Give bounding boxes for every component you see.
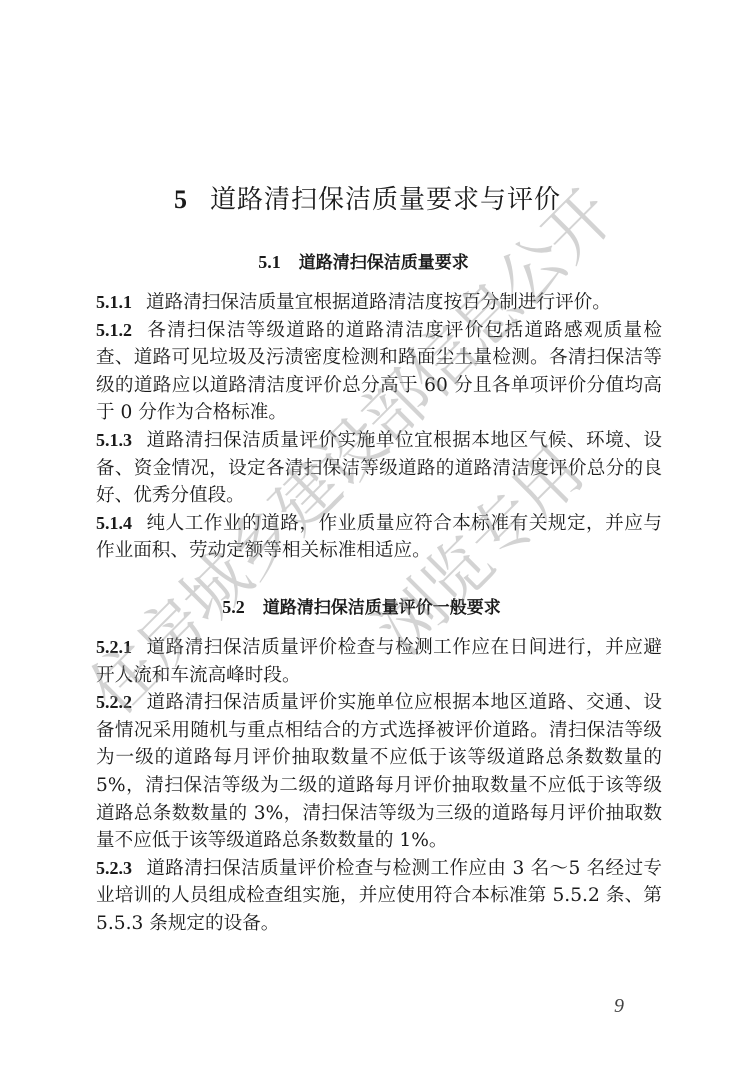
chapter-title-text: 道路清扫保洁质量要求与评价 bbox=[210, 185, 561, 215]
section-title-5-1: 5.1道路清扫保洁质量要求 bbox=[0, 250, 731, 275]
section-5-2-body: 5.2.1道路清扫保洁质量评价检查与检测工作应在日间进行，并应避开人流和车流高峰… bbox=[96, 634, 662, 938]
page-number: 9 bbox=[614, 995, 624, 1018]
clause-5-1-3: 5.1.3道路清扫保洁质量评价实施单位宜根据本地区气候、环境、设备、资金情况，设… bbox=[96, 427, 662, 510]
clause-text: 道路清扫保洁质量宜根据道路清洁度按百分制进行评价。 bbox=[146, 292, 611, 313]
clause-5-2-3: 5.2.3道路清扫保洁质量评价检查与检测工作应由 3 名～5 名经过专业培训的人… bbox=[96, 855, 662, 938]
section-5-1-body: 5.1.1道路清扫保洁质量宜根据道路清洁度按百分制进行评价。 5.1.2各清扫保… bbox=[96, 289, 662, 565]
clause-5-2-1: 5.2.1道路清扫保洁质量评价检查与检测工作应在日间进行，并应避开人流和车流高峰… bbox=[96, 634, 662, 689]
chapter-title: 5道路清扫保洁质量要求与评价 bbox=[0, 183, 735, 217]
section-number: 5.1 bbox=[258, 252, 281, 272]
clause-number: 5.2.1 bbox=[96, 637, 132, 657]
clause-5-2-2: 5.2.2道路清扫保洁质量评价实施单位应根据本地区道路、交通、设备情况采用随机与… bbox=[96, 689, 662, 855]
clause-number: 5.2.3 bbox=[96, 858, 132, 878]
clause-number: 5.1.3 bbox=[96, 430, 132, 450]
section-number: 5.2 bbox=[222, 597, 245, 617]
clause-number: 5.2.2 bbox=[96, 692, 132, 712]
clause-5-1-2: 5.1.2各清扫保洁等级道路的道路清洁度评价包括道路感观质量检查、道路可见垃圾及… bbox=[96, 317, 662, 427]
clause-text: 道路清扫保洁质量评价检查与检测工作应由 3 名～5 名经过专业培训的人员组成检查… bbox=[96, 858, 662, 934]
clause-number: 5.1.4 bbox=[96, 513, 132, 533]
document-page: 5道路清扫保洁质量要求与评价 5.1道路清扫保洁质量要求 5.1.1道路清扫保洁… bbox=[0, 0, 735, 1065]
clause-text: 各清扫保洁等级道路的道路清洁度评价包括道路感观质量检查、道路可见垃圾及污渍密度检… bbox=[96, 320, 662, 424]
clause-text: 道路清扫保洁质量评价实施单位宜根据本地区气候、环境、设备、资金情况，设定各清扫保… bbox=[96, 430, 662, 506]
clause-text: 道路清扫保洁质量评价检查与检测工作应在日间进行，并应避开人流和车流高峰时段。 bbox=[96, 637, 662, 686]
section-title-text: 道路清扫保洁质量要求 bbox=[299, 253, 469, 273]
chapter-number: 5 bbox=[174, 185, 188, 214]
clause-number: 5.1.1 bbox=[96, 292, 132, 312]
clause-text: 道路清扫保洁质量评价实施单位应根据本地区道路、交通、设备情况采用随机与重点相结合… bbox=[96, 692, 662, 851]
section-title-5-2: 5.2道路清扫保洁质量评价一般要求 bbox=[0, 595, 729, 620]
clause-5-1-4: 5.1.4纯人工作业的道路，作业质量应符合本标准有关规定，并应与作业面积、劳动定… bbox=[96, 510, 662, 565]
clause-5-1-1: 5.1.1道路清扫保洁质量宜根据道路清洁度按百分制进行评价。 bbox=[96, 289, 662, 317]
section-title-text: 道路清扫保洁质量评价一般要求 bbox=[263, 598, 501, 618]
clause-text: 纯人工作业的道路，作业质量应符合本标准有关规定，并应与作业面积、劳动定额等相关标… bbox=[96, 513, 662, 562]
clause-number: 5.1.2 bbox=[96, 320, 132, 340]
